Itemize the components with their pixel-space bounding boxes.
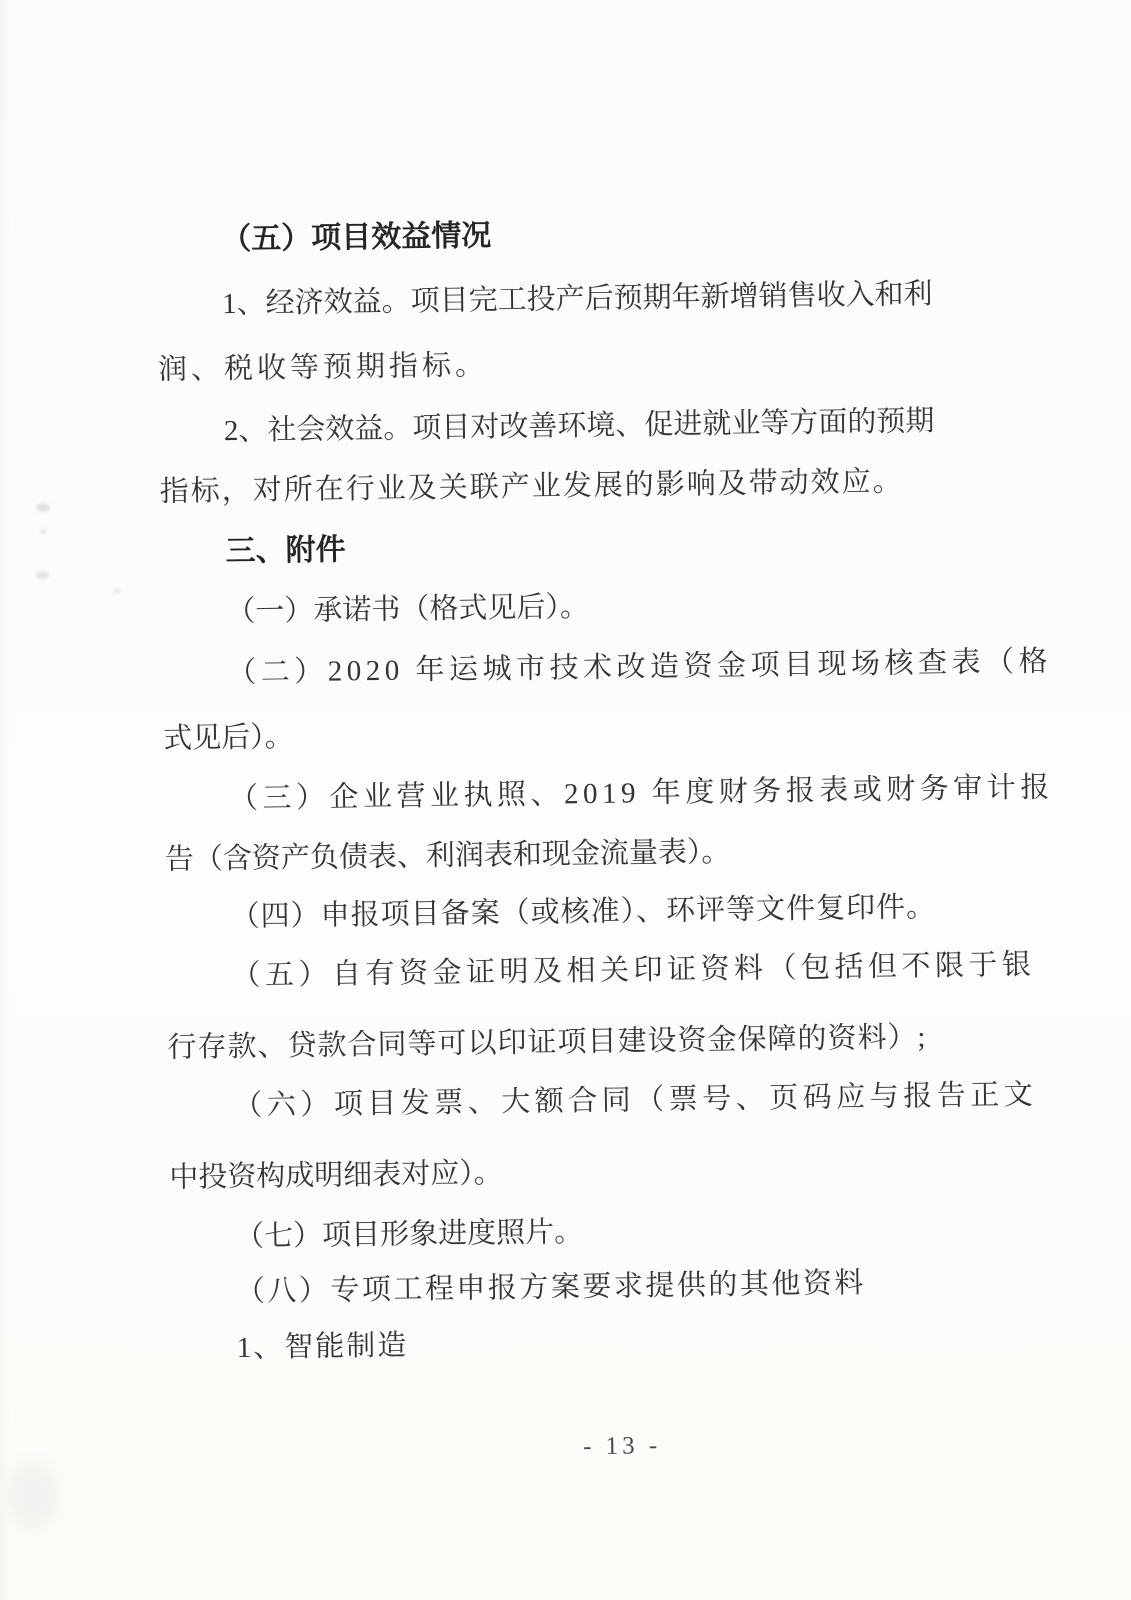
text-line-attachment-1: （一）承诺书（格式见后）。 [226, 590, 589, 629]
text-line-attachment-7: （七）项目形象进度照片。 [235, 1215, 583, 1254]
page-number: - 13 - [583, 1431, 662, 1462]
scan-edge-shadow [0, 0, 10, 1600]
text-line-attachment-5a: （五）自有资金证明及相关印证资料（包括但不限于银 [231, 948, 1035, 993]
scanned-document-page: （五）项目效益情况 1、经济效益。项目完工投产后预期年新增销售收入和利 润、税收… [0, 0, 1131, 1600]
text-line-social-benefit-1: 2、社会效益。项目对改善环境、促进就业等方面的预期 [224, 404, 935, 448]
text-line-attachment-3b: 告（含资产负债表、利润表和现金流量表）。 [165, 835, 731, 877]
text-line-attachment-3a: （三）企业营业执照、2019 年度财务报表或财务审计报 [229, 771, 1054, 817]
text-line-social-benefit-2: 指标，对所在行业及关联产业发展的影响及带动效应。 [160, 465, 904, 509]
text-line-attachment-6b: 中投资构成明细表对应）。 [169, 1156, 503, 1195]
scan-artifact [36, 503, 50, 512]
text-line-attachment-8: （八）专项工程申报方案要求提供的其他资料 [236, 1266, 866, 1309]
scan-artifact [40, 529, 47, 534]
scan-artifact [114, 589, 120, 593]
text-line-economic-benefit-1: 1、经济效益。项目完工投产后预期年新增销售收入和利 [222, 277, 933, 321]
section-heading-attachments: 三、附件 [225, 533, 345, 569]
text-line-attachment-2b: 式见后）。 [163, 720, 294, 756]
document-text-block: （五）项目效益情况 1、经济效益。项目完工投产后预期年新增销售收入和利 润、税收… [156, 211, 1131, 1554]
scan-artifact [36, 571, 49, 579]
text-line-smart-manufacturing: 1、智能制造 [236, 1329, 408, 1365]
text-line-attachment-4: （四）申报项目备案（或核准）、环评等文件复印件。 [230, 890, 936, 934]
section-heading-project-benefits: （五）项目效益情况 [221, 219, 491, 257]
text-line-economic-benefit-2: 润、税收等预期指标。 [158, 348, 488, 387]
text-line-attachment-2a: （二）2020 年运城市技术改造资金项目现场核查表（格 [227, 645, 1052, 691]
text-line-attachment-5b: 行存款、贷款合同等可以印证项目建设资金保障的资料）; [167, 1020, 926, 1065]
text-line-attachment-6a: （六）项目发票、大额合同（票号、页码应与报告正文 [233, 1078, 1037, 1123]
scan-artifact [8, 1460, 58, 1530]
